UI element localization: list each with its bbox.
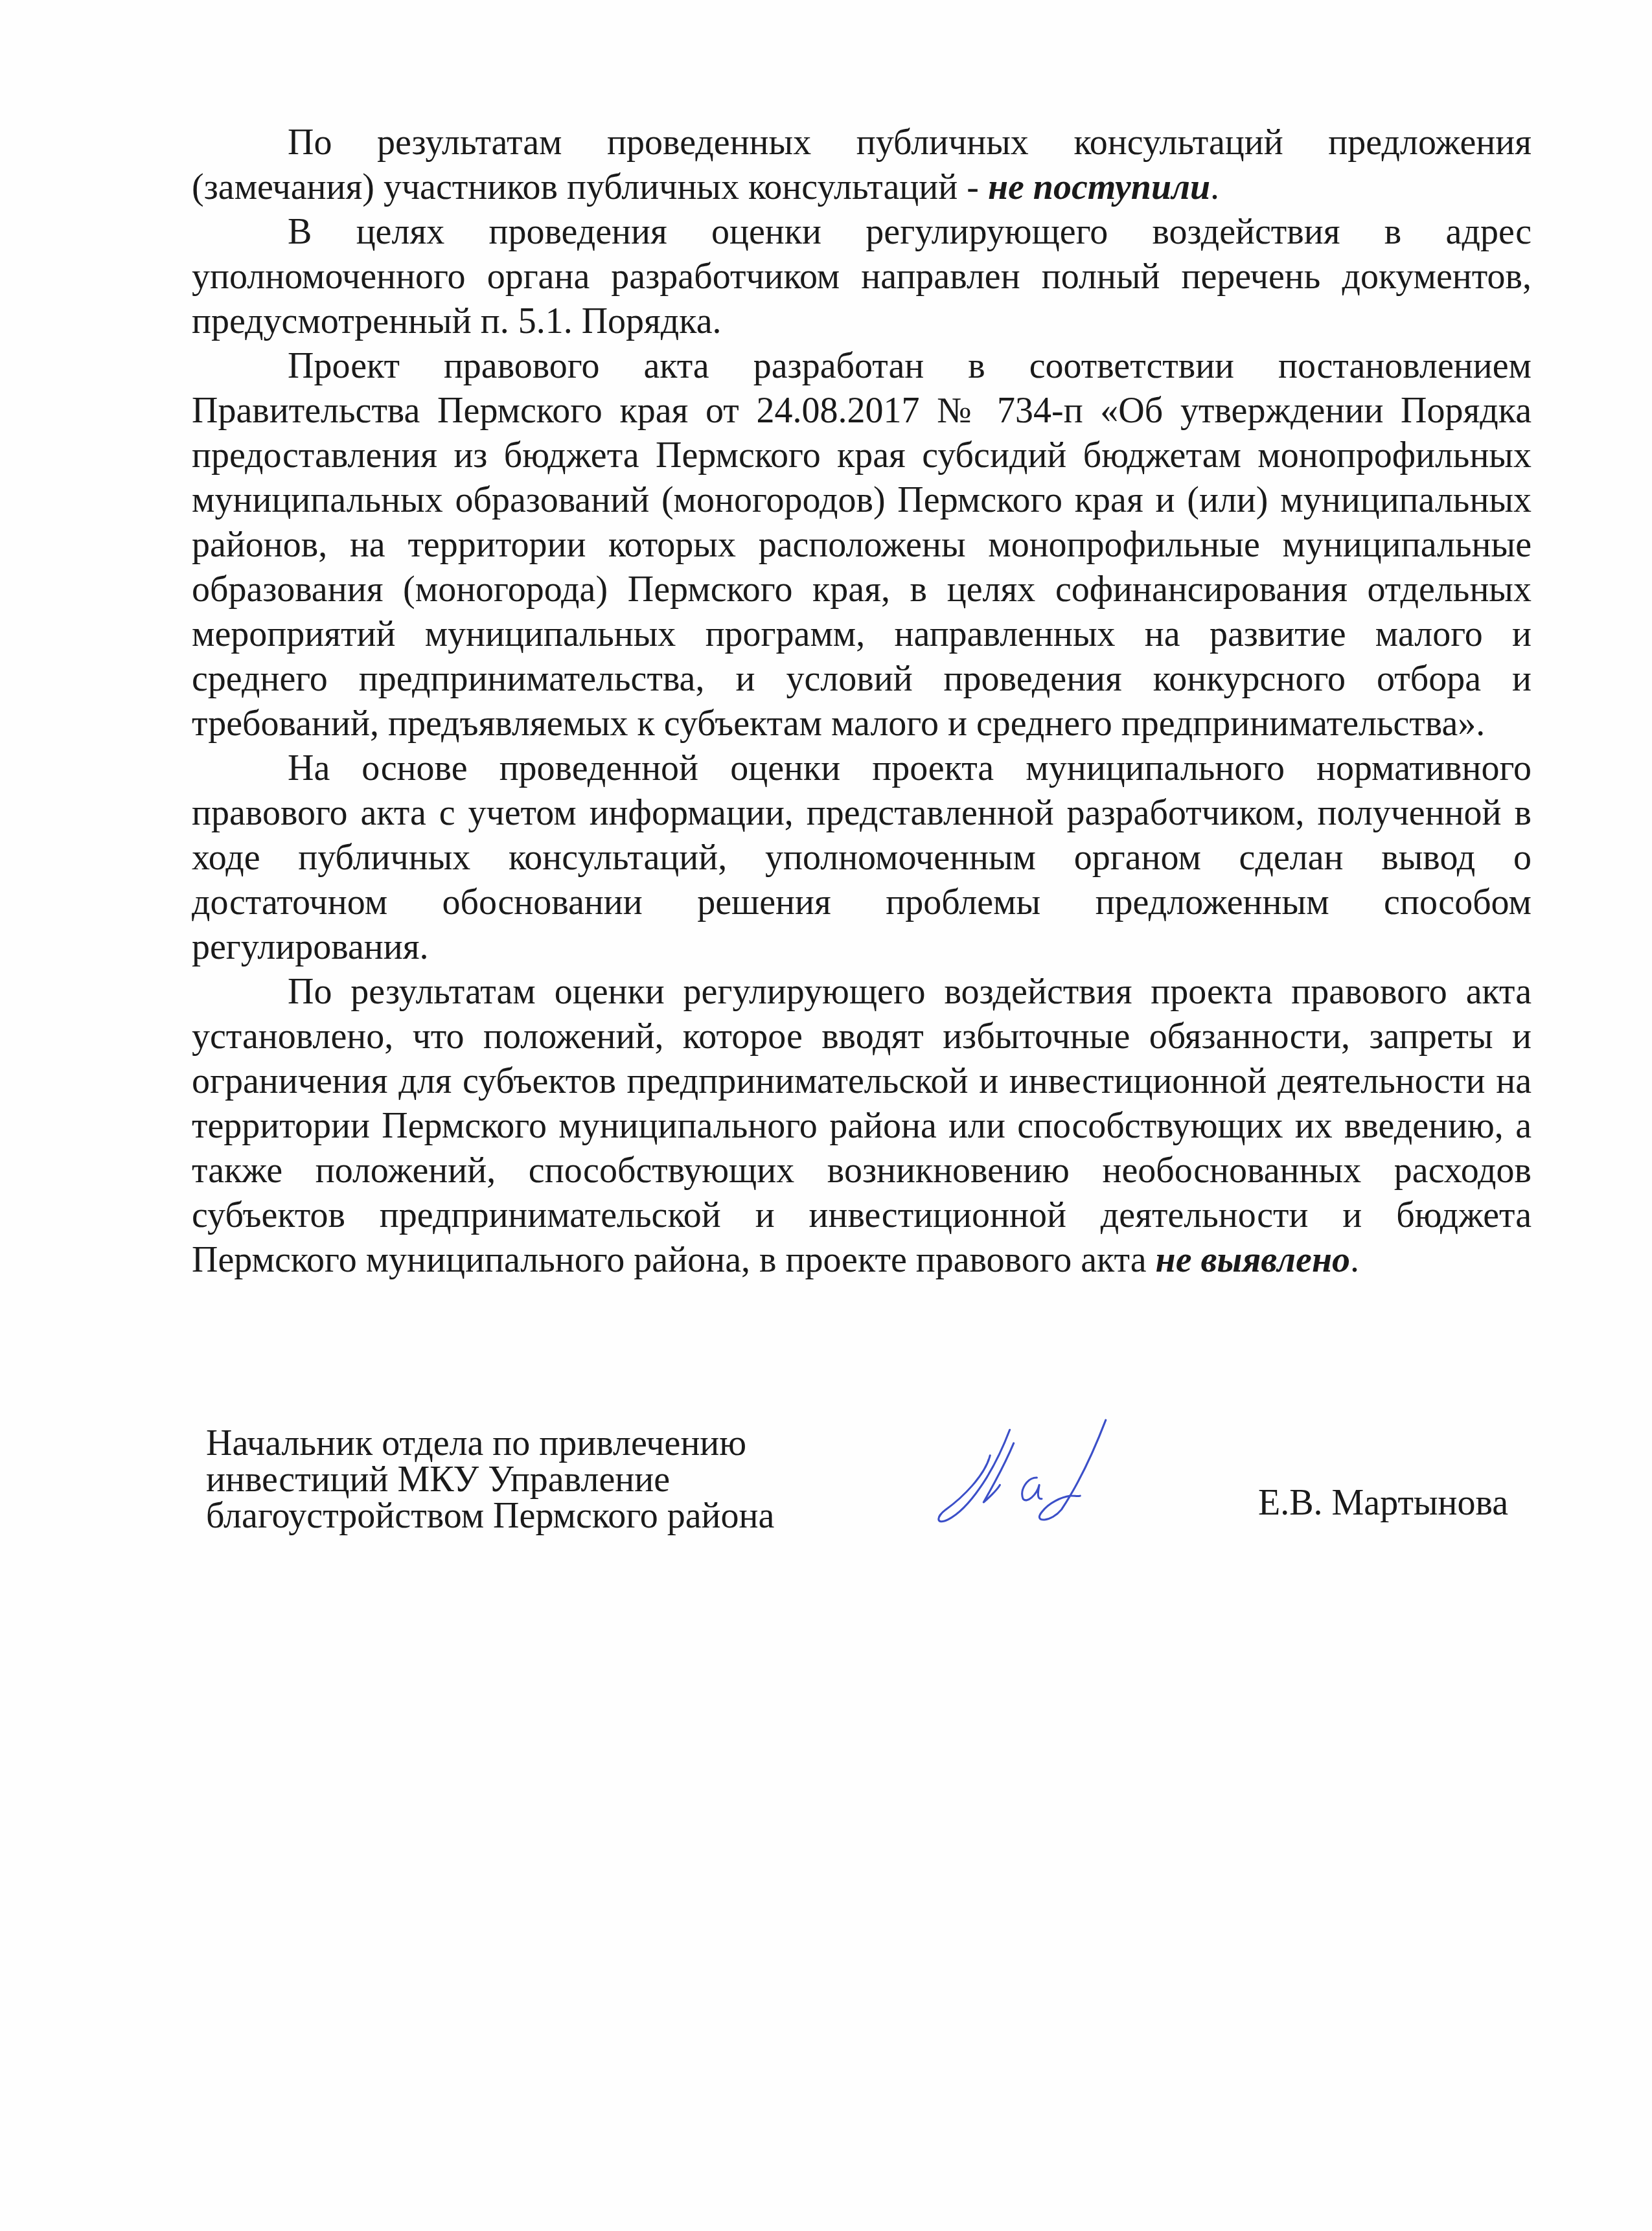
paragraph-text-end: . bbox=[1210, 167, 1219, 207]
emphasis-not-found: не выявлено bbox=[1156, 1240, 1350, 1280]
position-line: Начальник отдела по привлечению bbox=[206, 1425, 774, 1461]
paragraph-text: На основе проведенной оценки проекта мун… bbox=[192, 748, 1532, 967]
paragraph-text: Проект правового акта разработан в соотв… bbox=[192, 346, 1532, 744]
document-body: По результатам проведенных публичных кон… bbox=[192, 120, 1532, 1283]
handwritten-signature-icon bbox=[894, 1412, 1140, 1568]
paragraph-documents-sent: В целях проведения оценки регулирующего … bbox=[192, 210, 1532, 344]
emphasis-not-received: не поступили bbox=[988, 167, 1210, 207]
document-page: По результатам проведенных публичных кон… bbox=[0, 0, 1652, 2231]
signer-position: Начальник отдела по привлечению инвестиц… bbox=[206, 1425, 774, 1534]
paragraph-text: В целях проведения оценки регулирующего … bbox=[192, 212, 1532, 341]
paragraph-text: По результатам оценки регулирующего возд… bbox=[192, 972, 1532, 1280]
paragraph-final-result: По результатам оценки регулирующего возд… bbox=[192, 970, 1532, 1283]
paragraph-public-consultations: По результатам проведенных публичных кон… bbox=[192, 120, 1532, 210]
signer-name: Е.В. Мартынова bbox=[1258, 1482, 1508, 1524]
paragraph-text: По результатам проведенных публичных кон… bbox=[192, 122, 1532, 207]
paragraph-assessment-conclusion: На основе проведенной оценки проекта мун… bbox=[192, 746, 1532, 970]
paragraph-text-end: . bbox=[1350, 1240, 1359, 1280]
position-line: благоустройством Пермского района bbox=[206, 1498, 774, 1534]
position-line: инвестиций МКУ Управление bbox=[206, 1461, 774, 1498]
paragraph-legal-basis: Проект правового акта разработан в соотв… bbox=[192, 344, 1532, 746]
